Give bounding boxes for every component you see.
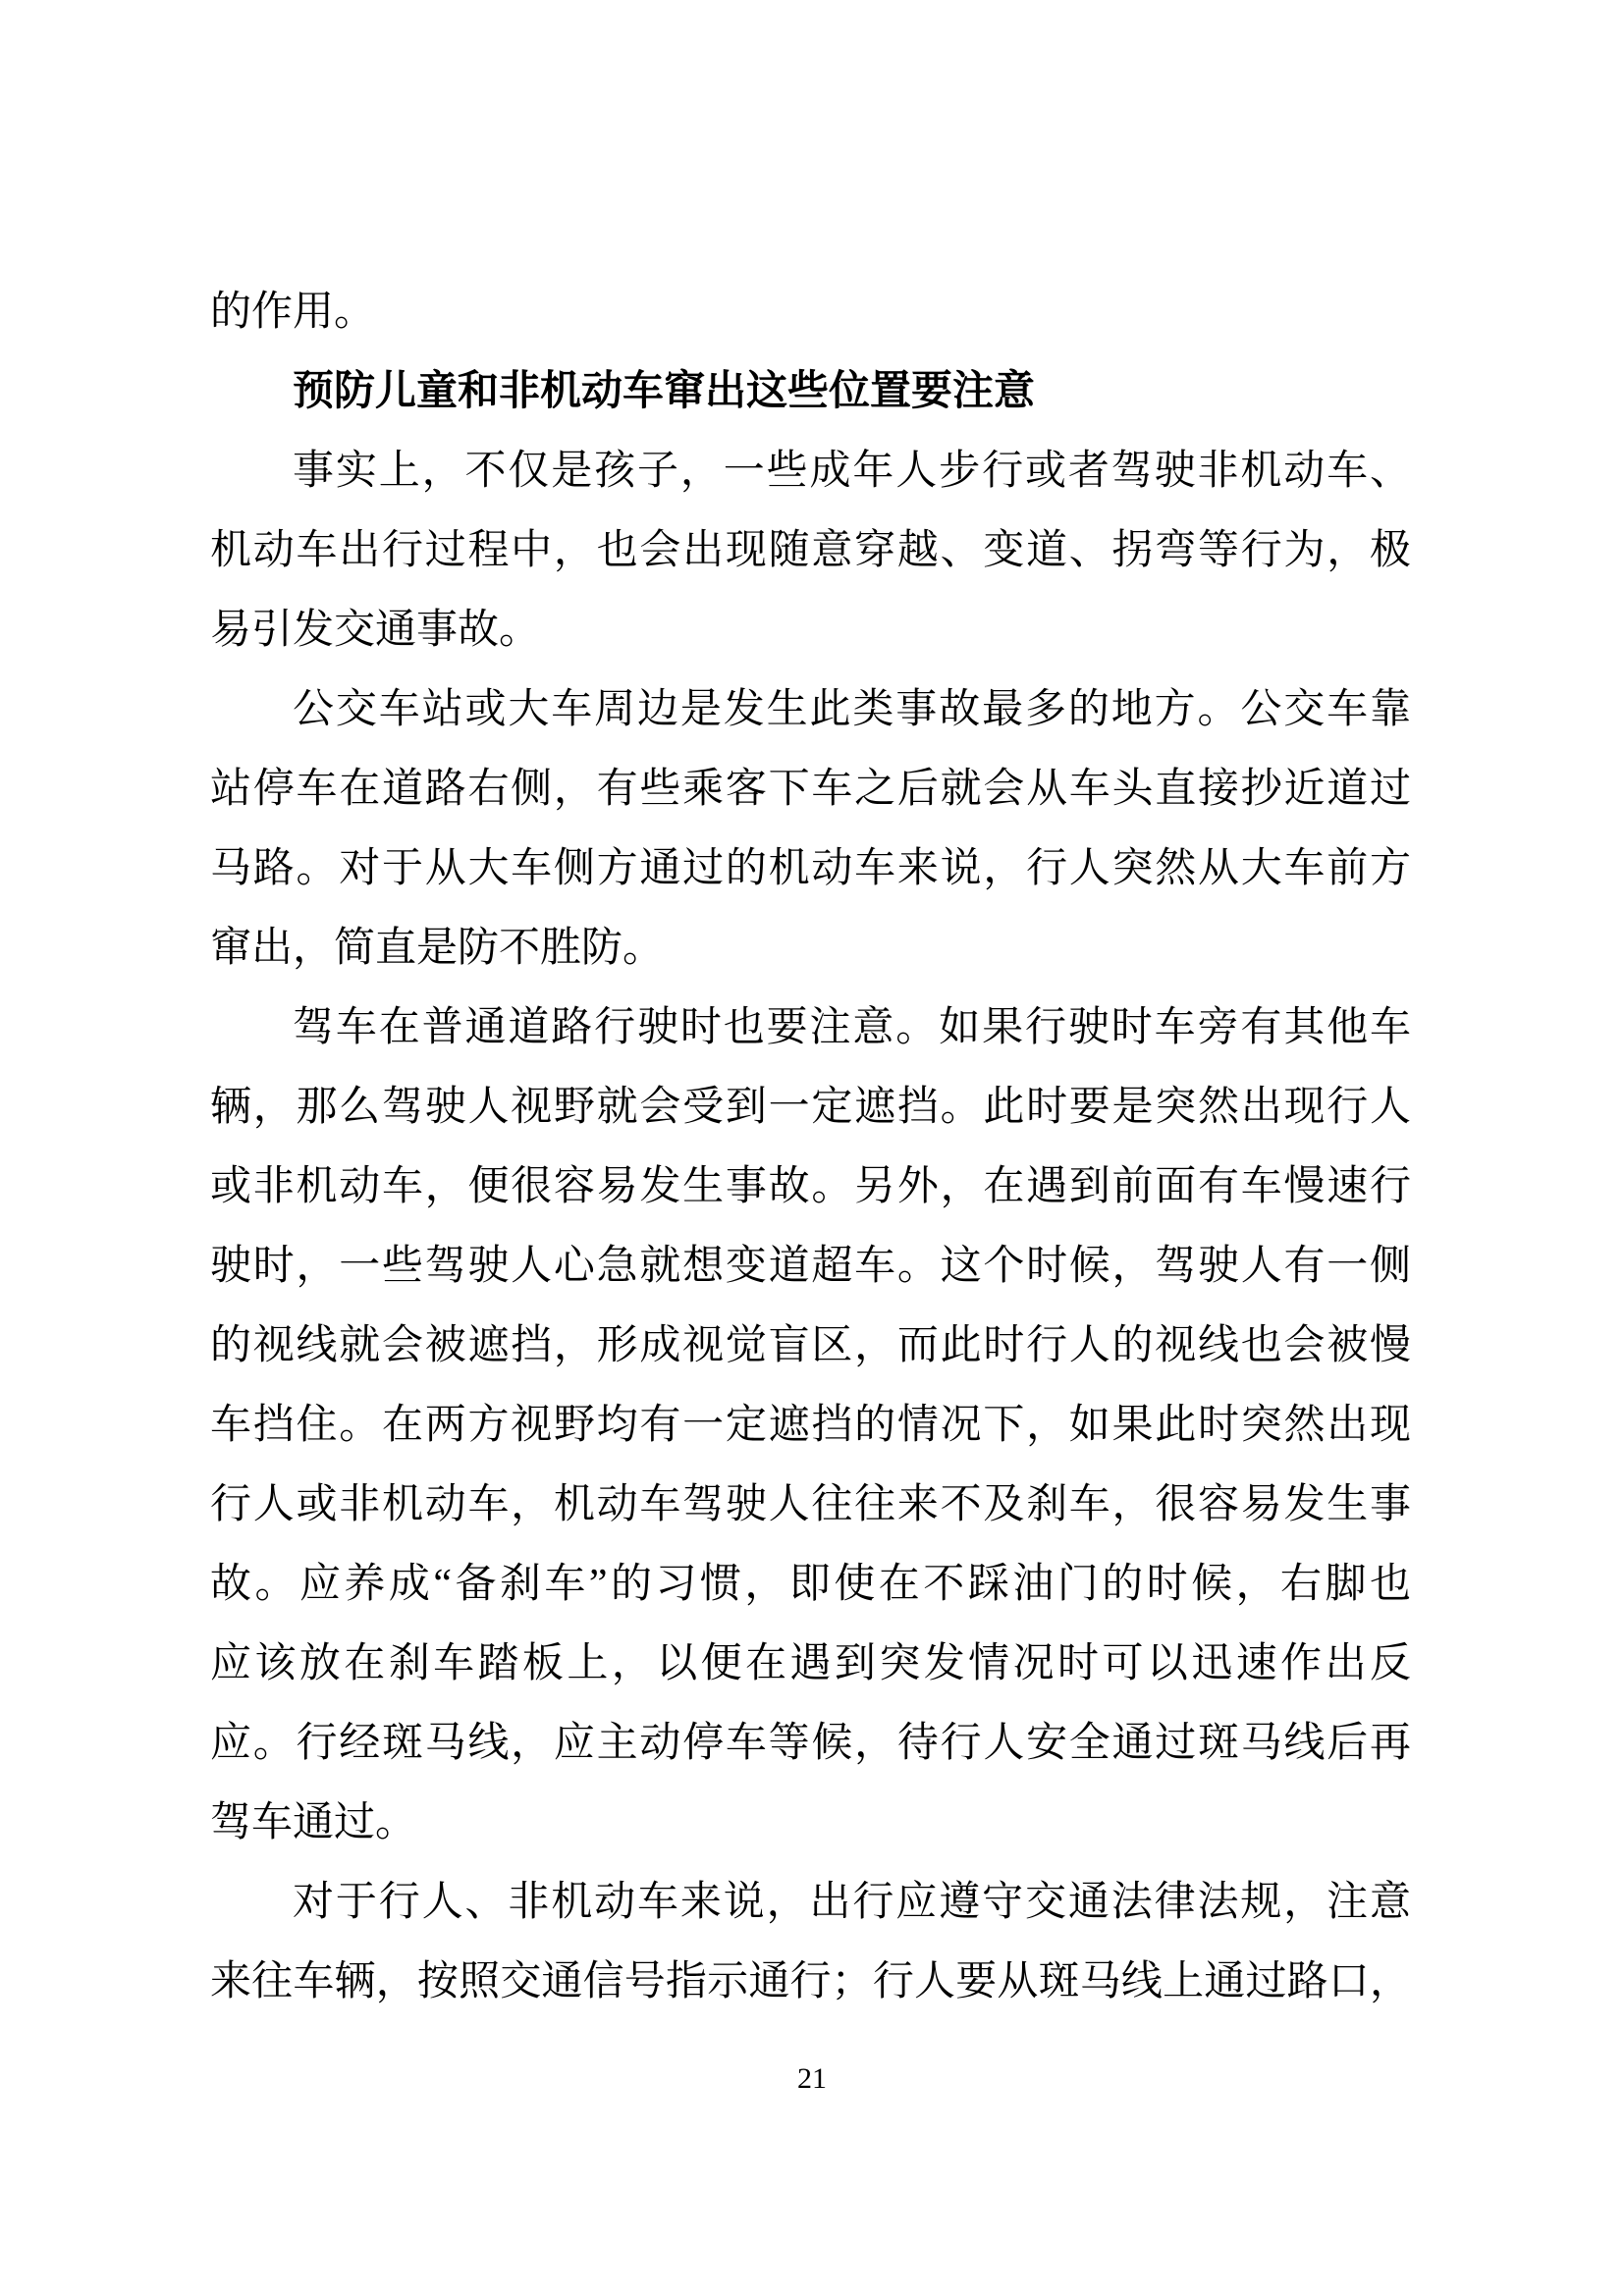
text-line: 对于行人、非机动车来说，出行应遵守交通法律法规，注意	[210, 1863, 1411, 1943]
text-line: 驾车通过。	[210, 1784, 1411, 1863]
text-line: 应。行经斑马线，应主动停车等候，待行人安全通过斑马线后再	[210, 1704, 1411, 1784]
text-line: 来往车辆，按照交通信号指示通行；行人要从斑马线上通过路口，	[210, 1943, 1411, 2022]
text-line: 站停车在道路右侧，有些乘客下车之后就会从车头直接抄近道过	[210, 750, 1411, 829]
text-block: 的作用。预防儿童和非机动车窜出这些位置要注意事实上，不仅是孩子，一些成年人步行或…	[210, 273, 1411, 2022]
text-line: 或非机动车，便很容易发生事故。另外，在遇到前面有车慢速行	[210, 1148, 1411, 1227]
text-line: 窜出，简直是防不胜防。	[210, 909, 1411, 988]
text-line: 机动车出行过程中，也会出现随意穿越、变道、拐弯等行为，极	[210, 511, 1411, 591]
text-line: 行人或非机动车，机动车驾驶人往往来不及刹车，很容易发生事	[210, 1466, 1411, 1545]
text-line: 马路。对于从大车侧方通过的机动车来说，行人突然从大车前方	[210, 829, 1411, 909]
text-line: 公交车站或大车周边是发生此类事故最多的地方。公交车靠	[210, 670, 1411, 750]
text-line: 应该放在刹车踏板上，以便在遇到突发情况时可以迅速作出反	[210, 1625, 1411, 1704]
text-line: 的视线就会被遮挡，形成视觉盲区，而此时行人的视线也会被慢	[210, 1307, 1411, 1386]
text-line: 车挡住。在两方视野均有一定遮挡的情况下，如果此时突然出现	[210, 1386, 1411, 1466]
text-line: 驶时，一些驾驶人心急就想变道超车。这个时候，驾驶人有一侧	[210, 1227, 1411, 1307]
text-line: 驾车在普通道路行驶时也要注意。如果行驶时车旁有其他车	[210, 988, 1411, 1068]
text-line: 的作用。	[210, 273, 1411, 352]
text-line: 故。应养成“备刹车”的习惯，即使在不踩油门的时候，右脚也	[210, 1545, 1411, 1625]
text-line: 辆，那么驾驶人视野就会受到一定遮挡。此时要是突然出现行人	[210, 1068, 1411, 1148]
section-heading: 预防儿童和非机动车窜出这些位置要注意	[210, 352, 1411, 432]
text-line: 易引发交通事故。	[210, 591, 1411, 670]
page-number: 21	[0, 2061, 1624, 2097]
document-page: 的作用。预防儿童和非机动车窜出这些位置要注意事实上，不仅是孩子，一些成年人步行或…	[0, 0, 1624, 2296]
text-line: 事实上，不仅是孩子，一些成年人步行或者驾驶非机动车、	[210, 432, 1411, 511]
